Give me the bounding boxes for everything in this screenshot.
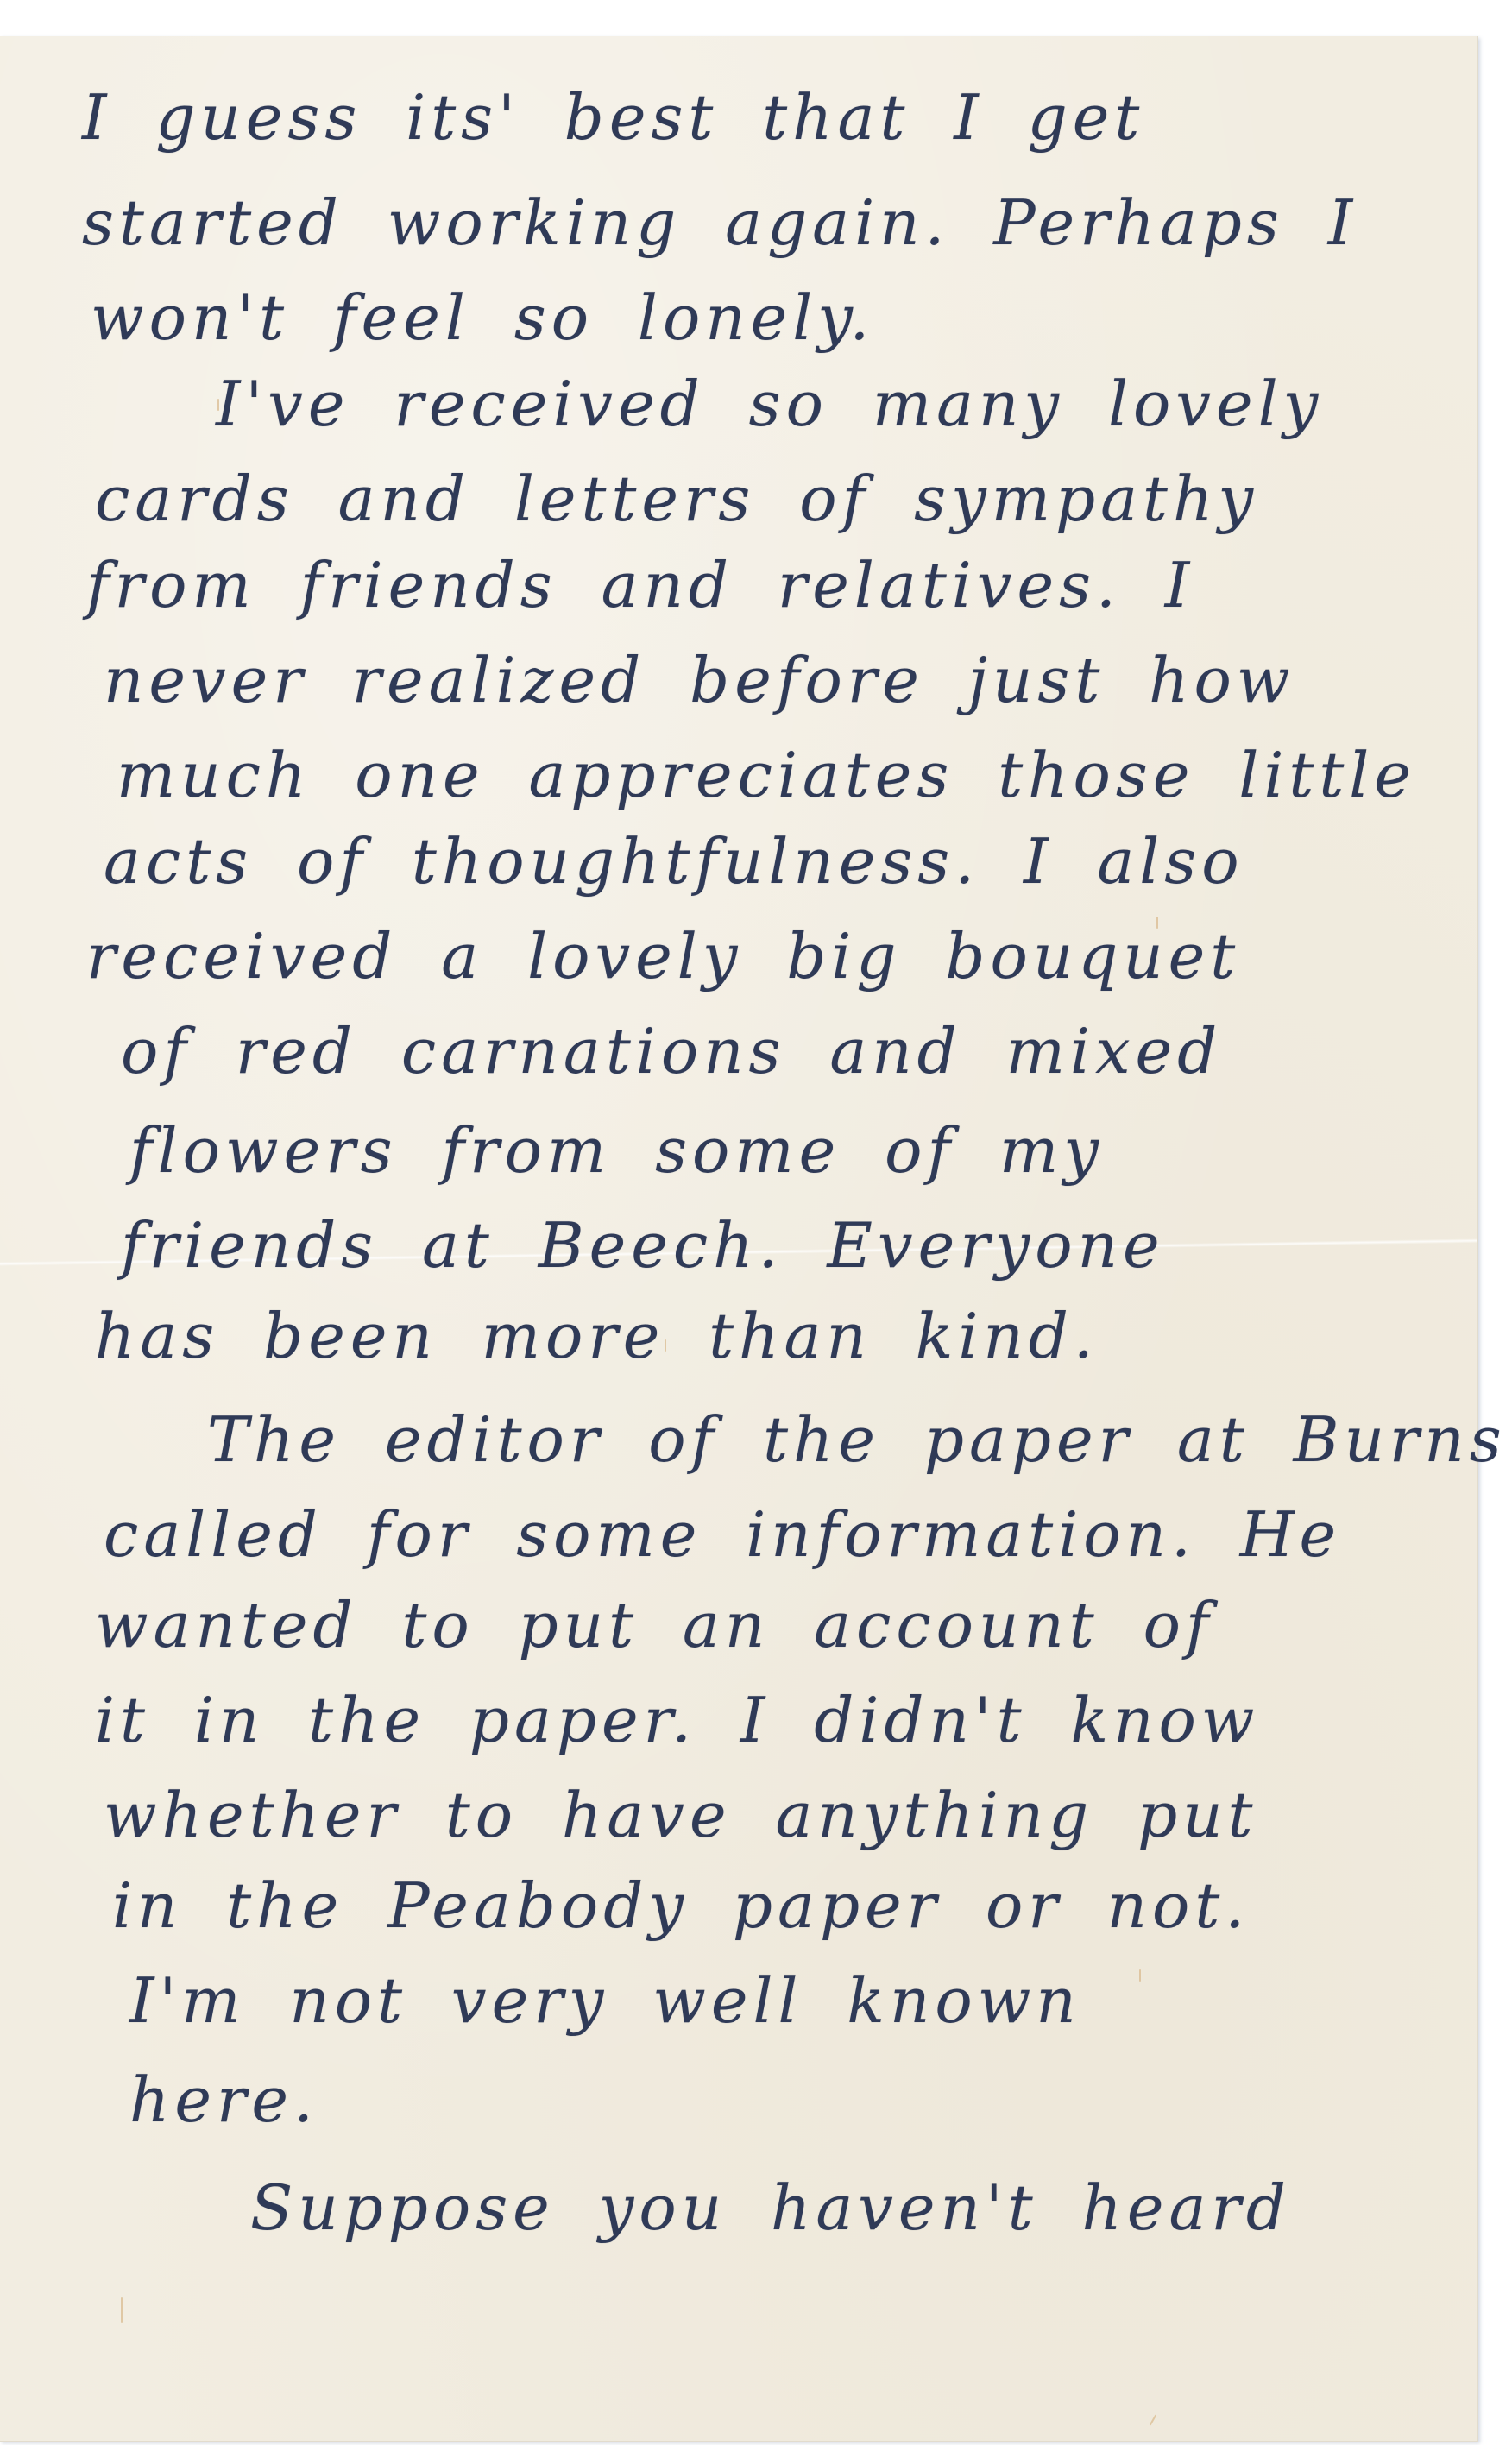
letter-line: cards and letters of sympathy xyxy=(95,468,1258,530)
letter-line: I've received so many lovely xyxy=(216,373,1323,435)
letter-line: flowers from some of my xyxy=(129,1119,1104,1182)
letter-line: friends at Beech. Everyone xyxy=(121,1214,1165,1276)
letter-line: acts of thoughtfulness. I also xyxy=(104,830,1244,892)
paper-fleck xyxy=(1150,2414,1157,2425)
letter-line: from friends and relatives. I xyxy=(86,554,1194,616)
letter-line: won't feel so lonely. xyxy=(91,287,874,349)
letter-line: called for some information. He xyxy=(104,1503,1341,1566)
letter-line: received a lovely big bouquet xyxy=(86,925,1240,987)
letter-page: I guess its' best that I get started wor… xyxy=(0,36,1478,2442)
letter-line: started working again. Perhaps I xyxy=(82,192,1358,254)
letter-line: The editor of the paper at Burns xyxy=(207,1408,1507,1471)
letter-line: never realized before just how xyxy=(104,649,1295,711)
paper-fleck xyxy=(121,2297,123,2323)
letter-line: has been more than kind. xyxy=(95,1305,1099,1367)
letter-line: in the Peabody paper or not. xyxy=(112,1875,1250,1937)
letter-line: it in the paper. I didn't know xyxy=(95,1689,1259,1751)
letter-line: I'm not very well known xyxy=(129,1969,1081,2032)
letter-line: here. xyxy=(129,2069,318,2131)
paper-fleck xyxy=(1139,1969,1141,1982)
letter-line: much one appreciates those little xyxy=(117,744,1416,806)
letter-line: Suppose you haven't heard xyxy=(250,2177,1291,2239)
letter-line: wanted to put an account of xyxy=(95,1594,1214,1656)
letter-line: of red carnations and mixed xyxy=(121,1020,1222,1082)
letter-line: whether to have anything put xyxy=(104,1784,1258,1846)
letter-line: I guess its' best that I get xyxy=(82,86,1144,148)
